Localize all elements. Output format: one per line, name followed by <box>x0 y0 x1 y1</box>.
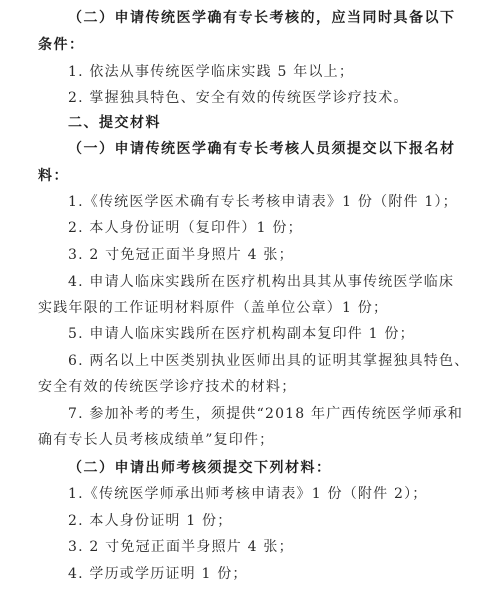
list-item: 4. 学历或学历证明 1 份； <box>68 564 248 584</box>
section-heading-continuation: 条件： <box>38 35 85 55</box>
list-item: 1.《传统医学医术确有专长考核申请表》1 份（附件 1）； <box>68 192 458 212</box>
list-item: 5. 申请人临床实践所在医疗机构副本复印件 1 份； <box>68 324 415 344</box>
subsection-heading-2: （二）申请出师考核须提交下列材料： <box>68 458 332 478</box>
subsection-heading-1: （一）申请传统医学确有专长考核人员须提交以下报名材 <box>68 139 456 159</box>
list-item: 1. 依法从事传统医学临床实践 5 年以上； <box>68 62 354 82</box>
list-item: 6. 两名以上中医类别执业医师出具的证明其掌握独具特色、 <box>68 351 469 371</box>
list-item: 2. 本人身份证明 1 份； <box>68 511 232 531</box>
section-heading-submit-materials: 二、提交材料 <box>68 113 161 133</box>
list-item: 2. 掌握独具特色、安全有效的传统医学诊疗技术。 <box>68 88 409 108</box>
list-item: 1.《传统医学师承出师考核申请表》1 份（附件 2）； <box>68 484 427 504</box>
list-item-continuation: 实践年限的工作证明材料原件（盖单位公章）1 份； <box>38 298 388 318</box>
list-item: 2. 本人身份证明（复印件）1 份； <box>68 218 303 238</box>
list-item-continuation: 确有专长人员考核成绩单”复印件； <box>38 430 274 450</box>
list-item-continuation: 安全有效的传统医学诊疗技术的材料； <box>38 377 296 397</box>
list-item: 4. 申请人临床实践所在医疗机构出具其从事传统医学临床 <box>68 272 454 292</box>
list-item: 3. 2 寸免冠正面半身照片 4 张； <box>68 245 294 265</box>
list-item: 7. 参加补考的考生，须提供“2018 年广西传统医学师承和 <box>68 404 463 424</box>
list-item: 3. 2 寸免冠正面半身照片 4 张； <box>68 537 294 557</box>
subsection-heading-continuation: 料： <box>38 166 69 186</box>
section-heading-2-conditions: （二）申请传统医学确有专长考核的，应当同时具备以下 <box>68 8 456 28</box>
